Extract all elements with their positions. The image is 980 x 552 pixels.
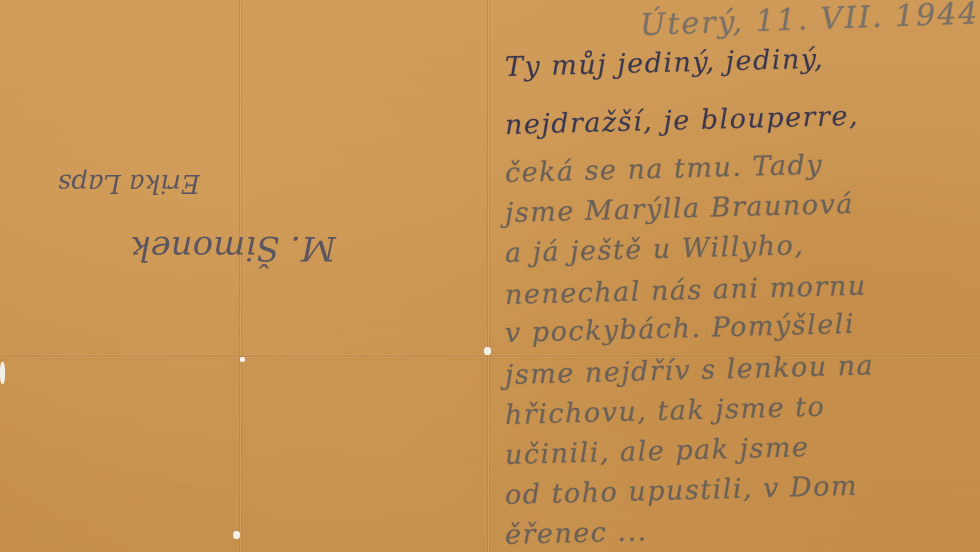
letter-line: od toho upustili, v Dom bbox=[505, 471, 859, 511]
letter-line: jsme Marýlla Braunová bbox=[505, 189, 855, 229]
letter-line: čeká se na tmu. Tady bbox=[505, 150, 824, 189]
letter-line: hřichovu, tak jsme to bbox=[505, 392, 826, 431]
paper-hole bbox=[233, 531, 240, 539]
letter-line: ěřenec ... bbox=[505, 516, 648, 551]
letter-date: Úterý, 11. VII. 1944. bbox=[639, 0, 980, 43]
letter-line: a já ještě u Willyho, bbox=[505, 230, 805, 269]
letter-line: nenechal nás ani mornu bbox=[505, 271, 867, 311]
letter-line: Ty můj jediný, jediný, bbox=[505, 44, 825, 83]
letter-line: v pockybách. Pomýšleli bbox=[505, 309, 856, 349]
upside-down-note-line1: M. Šimonek bbox=[130, 228, 336, 268]
paper-hole bbox=[0, 362, 5, 384]
letter-line: učinili, ale pak jsme bbox=[505, 432, 810, 471]
letter-paper: Erika Laps M. Šimonek Úterý, 11. VII. 19… bbox=[0, 0, 980, 552]
fold-line-vertical-left bbox=[239, 0, 242, 552]
letter-line: nejdražší, je blouperre, bbox=[505, 101, 860, 141]
paper-hole bbox=[240, 357, 245, 362]
paper-hole bbox=[484, 347, 491, 355]
upside-down-note-line2: Erika Laps bbox=[58, 168, 200, 198]
fold-line-vertical-center bbox=[487, 0, 490, 552]
